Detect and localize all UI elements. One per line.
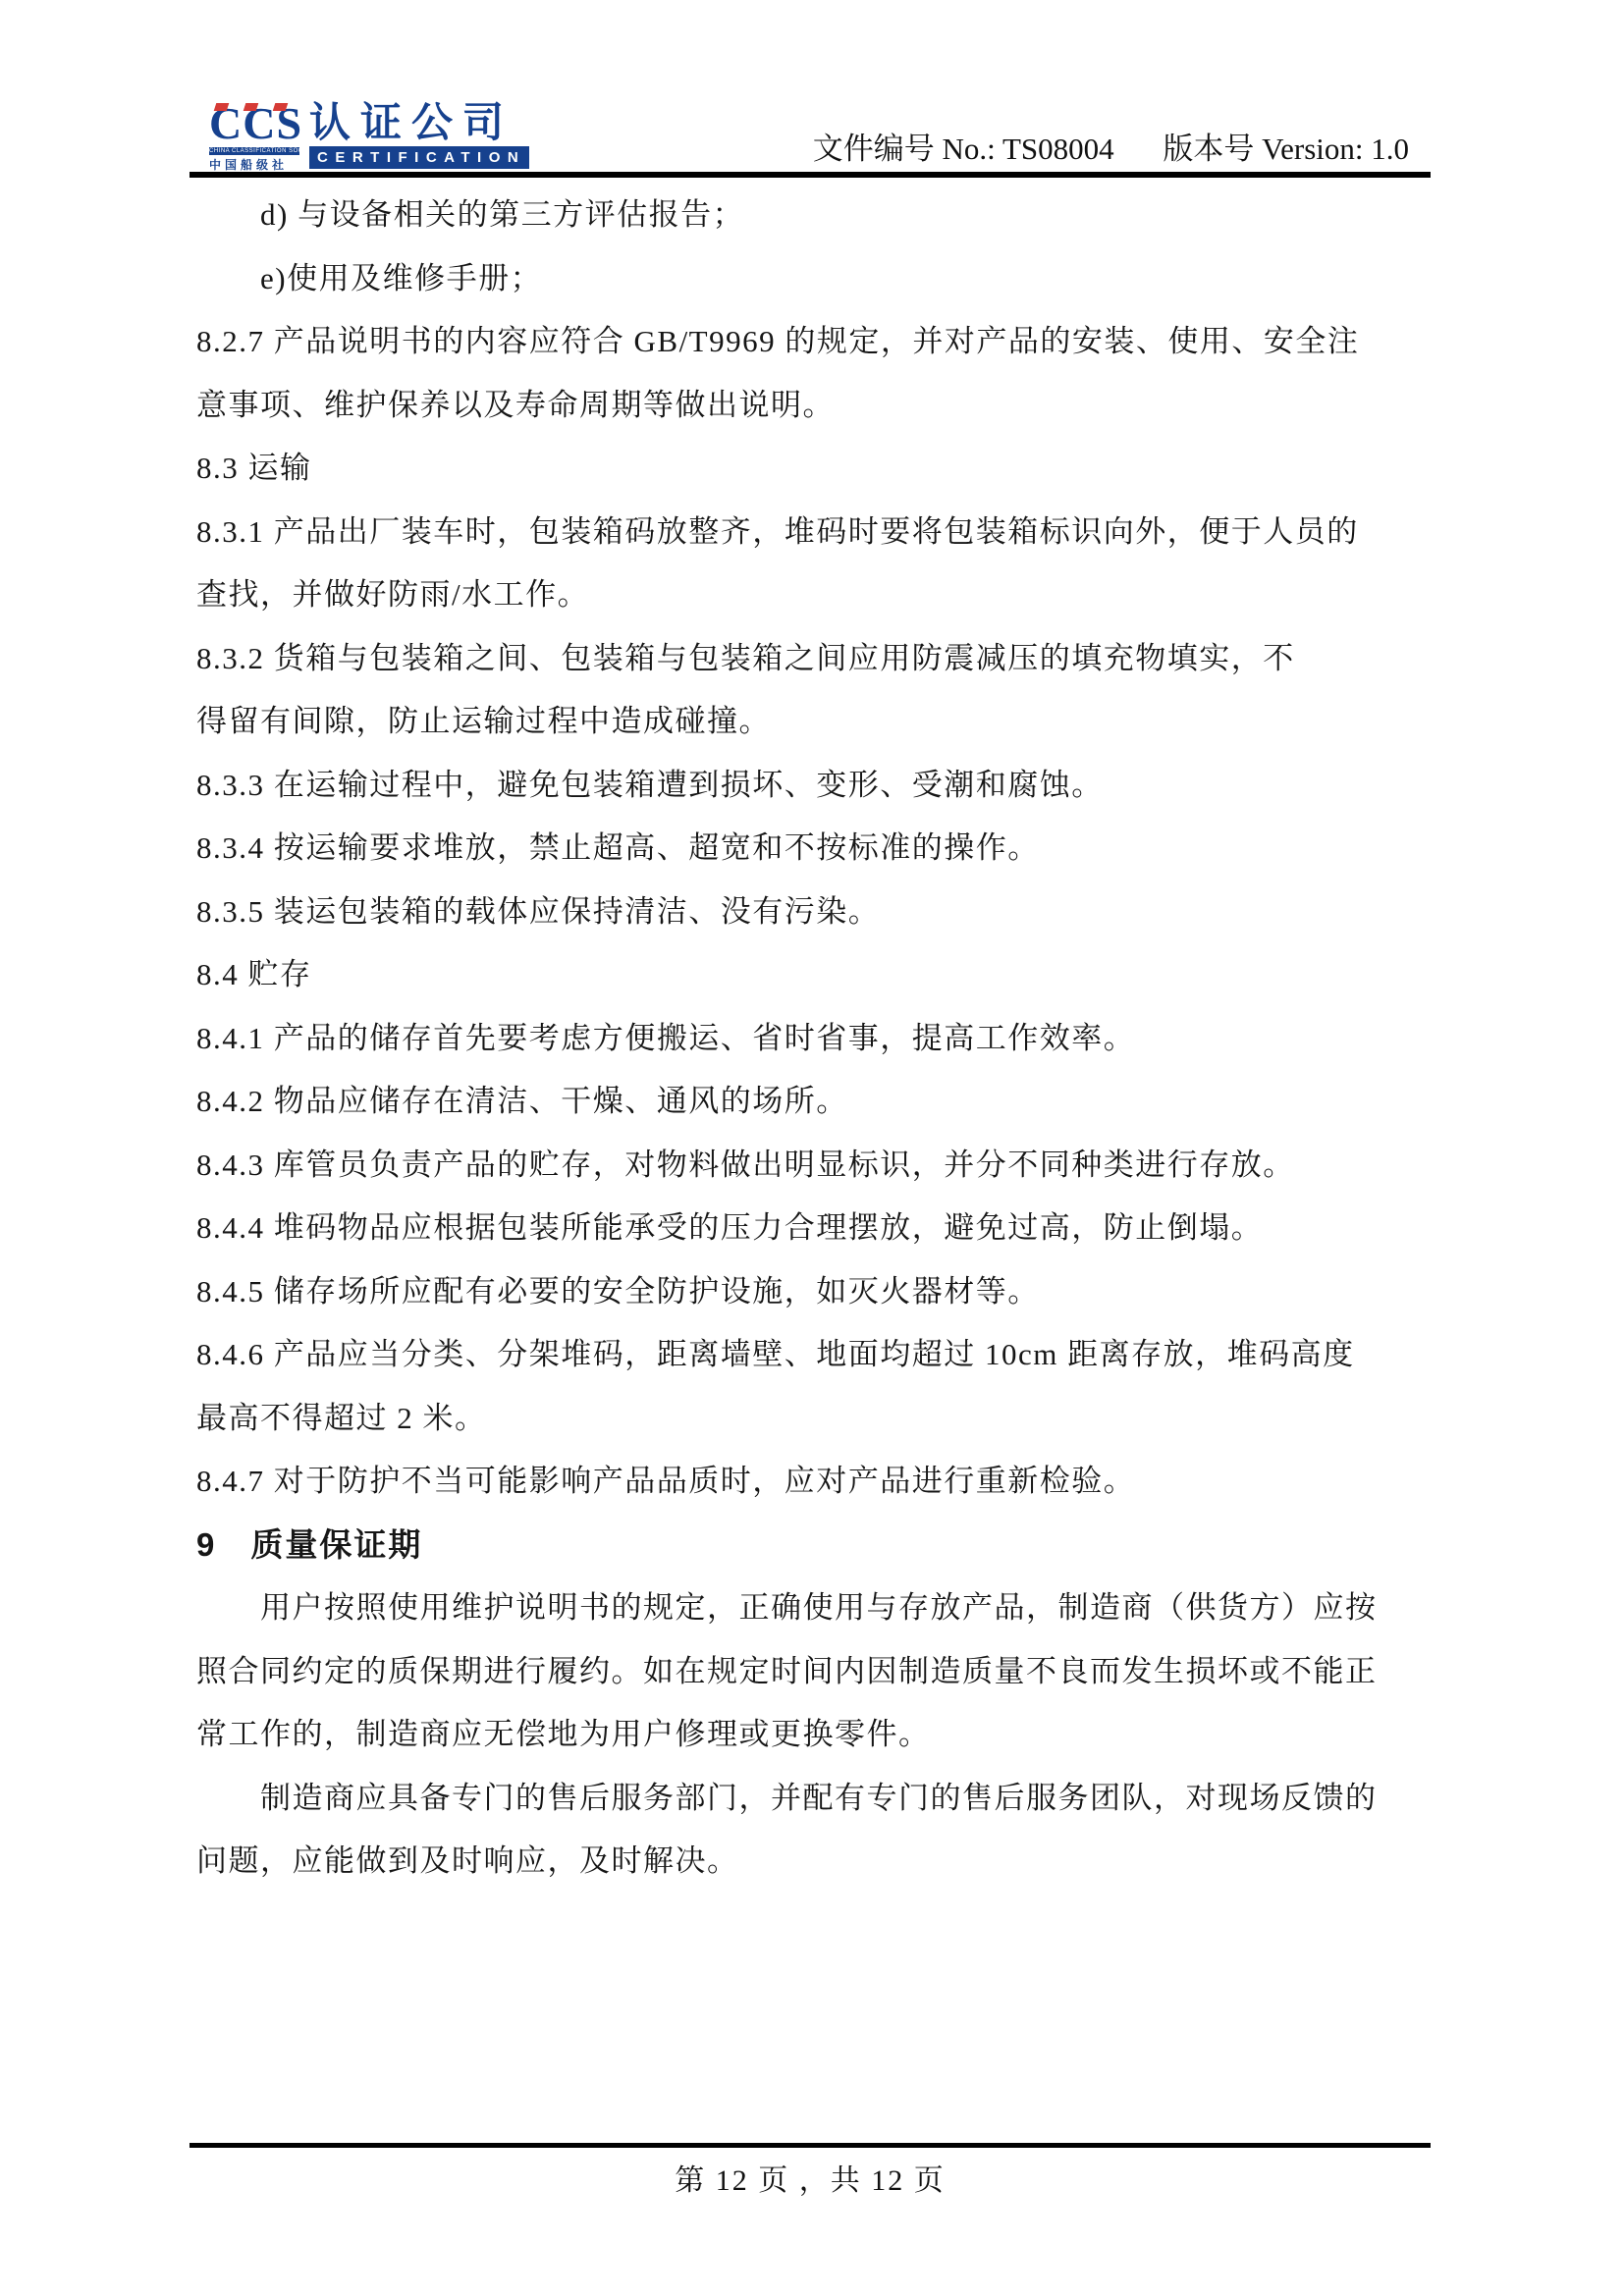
ccs-red-accent-icon [214,103,230,111]
doc-number: 文件编号 No.: TS08004 [813,132,1114,166]
ccs-red-accent-icon [244,103,259,111]
body-line: 8.4.7 对于防护不当可能影响产品品质时，应对产品进行重新检验。 [196,1461,1492,1524]
body-line: 8.4.4 堆码物品应根据包装所能承受的压力合理摆放，避免过高，防止倒塌。 [196,1207,1492,1271]
body-line: 意事项、维护保养以及寿命周期等做出说明。 [196,385,1492,449]
body-line: 8.4.1 产品的储存首先要考虑方便搬运、省时省事，提高工作效率。 [196,1018,1492,1082]
body-line: d) 与设备相关的第三方评估报告； [196,194,1492,258]
document-page: CCS CHINA CLASSIFICATION SOCIETY 中国船级社 认… [0,0,1624,2296]
section-heading: 9 质量保证期 [196,1524,1492,1588]
ccs-tagline-bar: CHINA CLASSIFICATION SOCIETY [209,147,299,155]
body-line: 得留有间隙，防止运输过程中造成碰撞。 [196,701,1492,765]
ccs-logo-left: CCS CHINA CLASSIFICATION SOCIETY 中国船级社 [209,102,299,173]
header-meta: 文件编号 No.: TS08004 版本号 Version: 1.0 [813,124,1409,168]
ccs-logo: CCS CHINA CLASSIFICATION SOCIETY 中国船级社 认… [209,102,529,173]
body-line: 8.3.3 在运输过程中，避免包装箱遭到损坏、变形、受潮和腐蚀。 [196,765,1492,828]
body-line: 8.3.5 装运包装箱的载体应保持清洁、没有污染。 [196,891,1492,955]
body-line: 8.4 贮存 [196,954,1492,1018]
body-lines: d) 与设备相关的第三方评估报告；e)使用及维修手册；8.2.7 产品说明书的内… [196,194,1492,1904]
body-line: 8.4.2 物品应储存在清洁、干燥、通风的场所。 [196,1081,1492,1145]
body-line: 8.3.1 产品出厂装车时，包装箱码放整齐，堆码时要将包装箱标识向外，便于人员的 [196,511,1492,575]
body-line: 制造商应具备专门的售后服务部门，并配有专门的售后服务团队，对现场反馈的 [196,1778,1492,1842]
body-line: 8.3.2 货箱与包装箱之间、包装箱与包装箱之间应用防震减压的填充物填实，不 [196,638,1492,702]
body-line: 8.4.6 产品应当分类、分架堆码，距离墙壁、地面均超过 10cm 距离存放，堆… [196,1334,1492,1398]
header-rule [189,172,1431,178]
doc-version: 版本号 Version: 1.0 [1163,132,1409,166]
body-line: 查找，并做好防雨/水工作。 [196,574,1492,638]
body-line: 常工作的，制造商应无偿地为用户修理或更换零件。 [196,1714,1492,1778]
body-line: 8.3 运输 [196,448,1492,511]
body-line: 8.4.5 储存场所应配有必要的安全防护设施，如灭火器材等。 [196,1271,1492,1335]
body-line: 照合同约定的质保期进行履约。如在规定时间内因制造质量不良而发生损坏或不能正 [196,1651,1492,1715]
body-line: 8.2.7 产品说明书的内容应符合 GB/T9969 的规定，并对产品的安装、使… [196,321,1492,385]
body-line: 8.4.3 库管员负责产品的贮存，对物料做出明显标识，并分不同种类进行存放。 [196,1145,1492,1208]
brand-name-cn: 认证公司 [309,102,529,143]
body-line: e)使用及维修手册； [196,258,1492,322]
ccs-society-name: 中国船级社 [209,156,299,173]
certification-bar: CERTIFICATION [309,146,529,169]
page-number: 第 12 页 ，共 12 页 [189,2156,1431,2199]
footer-rule [189,2143,1431,2148]
body-line: 8.3.4 按运输要求堆放，禁止超高、超宽和不按标准的操作。 [196,828,1492,891]
ccs-red-accent-icon [273,103,289,111]
ccs-logo-right: 认证公司 CERTIFICATION [309,102,529,169]
body-line: 问题，应能做到及时响应，及时解决。 [196,1841,1492,1904]
body-line: 用户按照使用维护说明书的规定，正确使用与存放产品，制造商（供货方）应按 [196,1587,1492,1651]
body-line: 最高不得超过 2 米。 [196,1398,1492,1462]
